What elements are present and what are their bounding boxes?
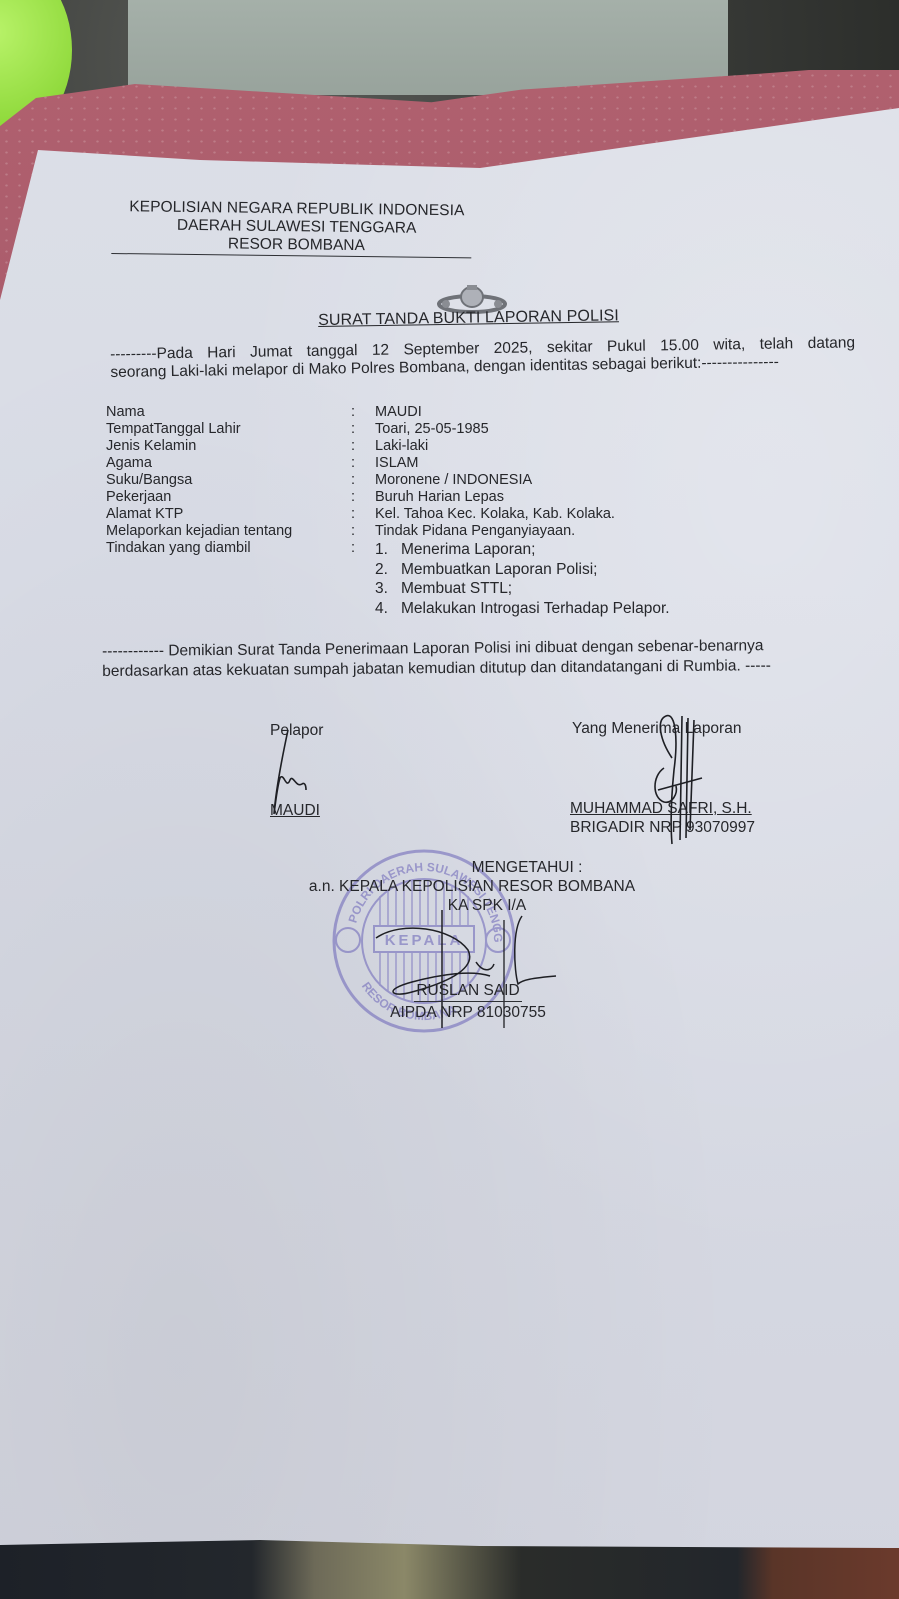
- identity-label: Agama: [106, 455, 351, 472]
- identity-row: Pekerjaan:Buruh Harian Lepas: [106, 489, 670, 506]
- action-item: 3.Membuat STTL;: [375, 579, 670, 599]
- approval-block: MENGETAHUI : a.n. KEPALA KEPOLISIAN RESO…: [282, 858, 662, 915]
- identity-separator: :: [351, 506, 375, 523]
- reporter-signature-block: Pelapor MAUDI: [270, 722, 323, 740]
- identity-label: TempatTanggal Lahir: [106, 421, 351, 438]
- identity-value: Kel. Tahoa Kec. Kolaka, Kab. Kolaka.: [375, 506, 615, 523]
- identity-separator: :: [351, 438, 375, 455]
- action-text: Menerima Laporan;: [401, 540, 535, 560]
- receiver-name: MUHAMMAD SAFRI, S.H.: [570, 800, 752, 818]
- action-number: 1.: [375, 540, 401, 560]
- receiver-role: Yang Menerima Laporan: [572, 720, 741, 738]
- identity-label: Tindakan yang diambil: [106, 540, 351, 557]
- letterhead: KEPOLISIAN NEGARA REPUBLIK INDONESIA DAE…: [111, 198, 482, 257]
- action-item: 1.Menerima Laporan;: [375, 540, 670, 560]
- identity-label: Jenis Kelamin: [106, 438, 351, 455]
- identity-separator: :: [351, 472, 375, 489]
- identity-row: Melaporkan kejadian tentang:Tindak Pidan…: [106, 523, 670, 540]
- approver-name: RUSLAN SAID: [414, 980, 521, 1002]
- identity-value: Buruh Harian Lepas: [375, 489, 504, 506]
- identity-value: Tindak Pidana Penganyiayaan.: [375, 523, 575, 540]
- identity-label: Nama: [106, 404, 351, 421]
- identity-separator: :: [351, 489, 375, 506]
- identity-separator: :: [351, 540, 375, 557]
- identity-separator: :: [351, 404, 375, 421]
- gray-card-behind: [128, 0, 728, 95]
- action-number: 3.: [375, 579, 401, 599]
- identity-value: MAUDI: [375, 404, 422, 421]
- action-item: 4.Melakukan Introgasi Terhadap Pelapor.: [375, 599, 670, 619]
- identity-row: Nama:MAUDI: [106, 404, 670, 421]
- reporter-role: Pelapor: [270, 722, 323, 740]
- identity-value: ISLAM: [375, 455, 419, 472]
- identity-row: Agama:ISLAM: [106, 455, 670, 472]
- approval-on-behalf: a.n. KEPALA KEPOLISIAN RESOR BOMBANA: [282, 877, 662, 896]
- identity-table: Nama:MAUDITempatTanggal Lahir:Toari, 25-…: [106, 404, 670, 618]
- receiver-rank: BRIGADIR NRP 93070997: [570, 819, 755, 837]
- identity-separator: :: [351, 421, 375, 438]
- closing-paragraph: ------------ Demikian Surat Tanda Peneri…: [102, 635, 862, 682]
- identity-row: Jenis Kelamin:Laki-laki: [106, 438, 670, 455]
- reporter-name: MAUDI: [270, 802, 320, 820]
- identity-separator: :: [351, 455, 375, 472]
- identity-label: Melaporkan kejadian tentang: [106, 523, 351, 540]
- approval-heading: MENGETAHUI :: [282, 858, 662, 877]
- identity-label: Suku/Bangsa: [106, 472, 351, 489]
- action-number: 2.: [375, 560, 401, 580]
- action-item: 2.Membuatkan Laporan Polisi;: [375, 560, 670, 580]
- identity-value: Moronene / INDONESIA: [375, 472, 532, 489]
- approver-rank: AIPDA NRP 81030755: [378, 1002, 558, 1023]
- identity-label: Pekerjaan: [106, 489, 351, 506]
- action-number: 4.: [375, 599, 401, 619]
- approval-position: KA SPK I/A: [282, 896, 662, 915]
- receiver-signature-block: Yang Menerima Laporan MUHAMMAD SAFRI, S.…: [572, 720, 741, 738]
- identity-separator: :: [351, 523, 375, 540]
- approver-block: RUSLAN SAID AIPDA NRP 81030755: [378, 980, 558, 1023]
- identity-row: Alamat KTP:Kel. Tahoa Kec. Kolaka, Kab. …: [106, 506, 670, 523]
- identity-value: Toari, 25-05-1985: [375, 421, 489, 438]
- identity-row: Suku/Bangsa:Moronene / INDONESIA: [106, 472, 670, 489]
- action-text: Membuat STTL;: [401, 579, 512, 599]
- svg-text:KEPALA: KEPALA: [385, 932, 464, 949]
- action-text: Melakukan Introgasi Terhadap Pelapor.: [401, 599, 670, 619]
- actions-list: 1.Menerima Laporan;2.Membuatkan Laporan …: [375, 540, 670, 618]
- identity-value: Laki-laki: [375, 438, 428, 455]
- identity-label: Alamat KTP: [106, 506, 351, 523]
- identity-row: TempatTanggal Lahir:Toari, 25-05-1985: [106, 421, 670, 438]
- action-text: Membuatkan Laporan Polisi;: [401, 560, 597, 580]
